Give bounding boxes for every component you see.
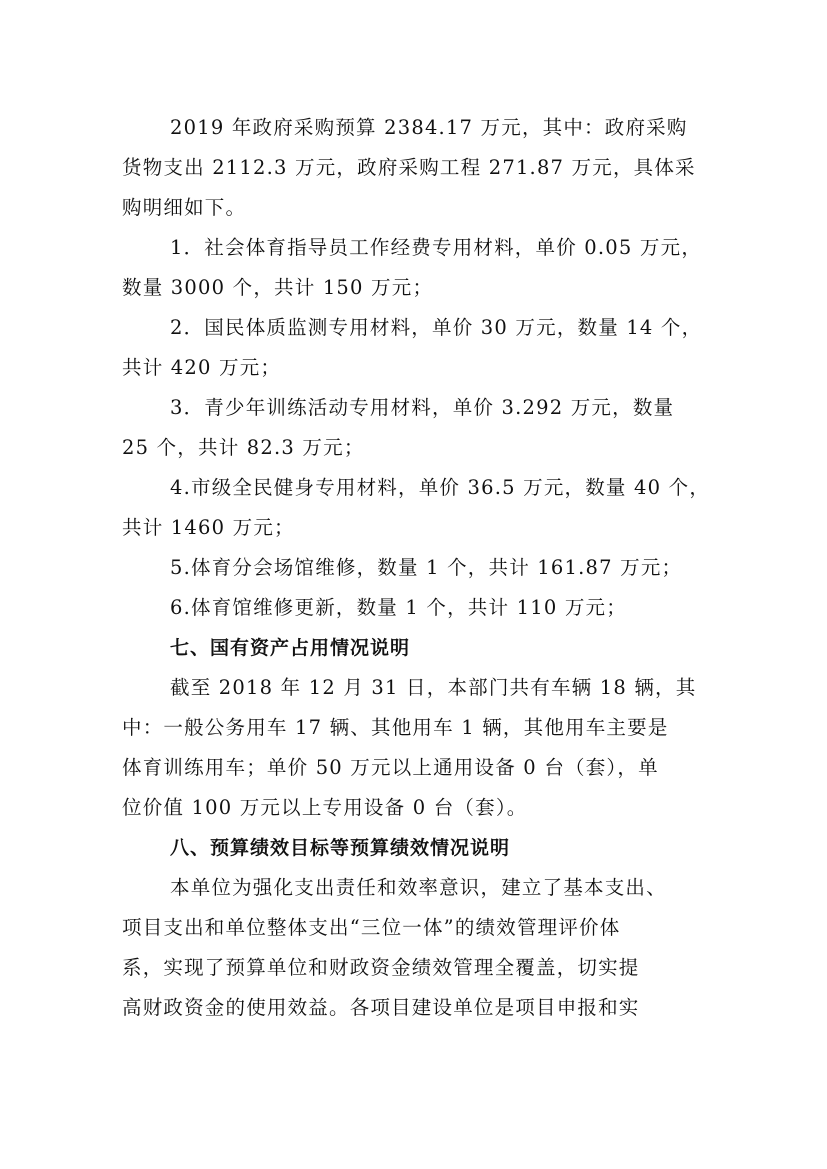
- paragraph-line: 位价值 100 万元以上专用设备 0 台（套）。: [122, 788, 527, 828]
- list-item-line: 共计 420 万元；: [122, 348, 281, 388]
- paragraph-line: 高财政资金的使用效益。各项目建设单位是项目申报和实: [122, 988, 640, 1028]
- list-item-line: 5.体育分会场馆维修，数量 1 个，共计 161.87 万元；: [170, 548, 682, 588]
- paragraph-line: 截至 2018 年 12 月 31 日，本部门共有车辆 18 辆，其: [170, 668, 696, 708]
- section-heading: 八、预算绩效目标等预算绩效情况说明: [170, 828, 510, 868]
- paragraph-line: 项目支出和单位整体支出“三位一体”的绩效管理评价体: [122, 908, 620, 948]
- paragraph-line: 系，实现了预算单位和财政资金绩效管理全覆盖，切实提: [122, 948, 640, 988]
- list-item-line: 25 个，共计 82.3 万元；: [122, 428, 365, 468]
- list-item-line: 1．社会体育指导员工作经费专用材料，单价 0.05 万元，: [170, 228, 702, 268]
- paragraph-line: 2019 年政府采购预算 2384.17 万元，其中：政府采购: [170, 108, 688, 148]
- list-item-line: 共计 1460 万元；: [122, 508, 295, 548]
- list-item-line: 4.市级全民健身专用材料，单价 36.5 万元，数量 40 个，: [170, 468, 710, 508]
- paragraph-line: 购明细如下。: [122, 188, 246, 228]
- list-item-line: 数量 3000 个，共计 150 万元；: [122, 268, 433, 308]
- list-item-line: 3．青少年训练活动专用材料，单价 3.292 万元，数量: [170, 388, 674, 428]
- paragraph-line: 货物支出 2112.3 万元，政府采购工程 271.87 万元，具体采: [122, 148, 696, 188]
- paragraph-line: 本单位为强化支出责任和效率意识，建立了基本支出、: [170, 868, 667, 908]
- list-item-line: 6.体育馆维修更新，数量 1 个，共计 110 万元；: [170, 588, 627, 628]
- paragraph-line: 体育训练用车；单价 50 万元以上通用设备 0 台（套），单: [122, 748, 659, 788]
- section-heading: 七、国有资产占用情况说明: [170, 628, 410, 668]
- list-item-line: 2．国民体质监测专用材料，单价 30 万元，数量 14 个，: [170, 308, 702, 348]
- paragraph-line: 中：一般公务用车 17 辆、其他用车 1 辆，其他用车主要是: [122, 708, 669, 748]
